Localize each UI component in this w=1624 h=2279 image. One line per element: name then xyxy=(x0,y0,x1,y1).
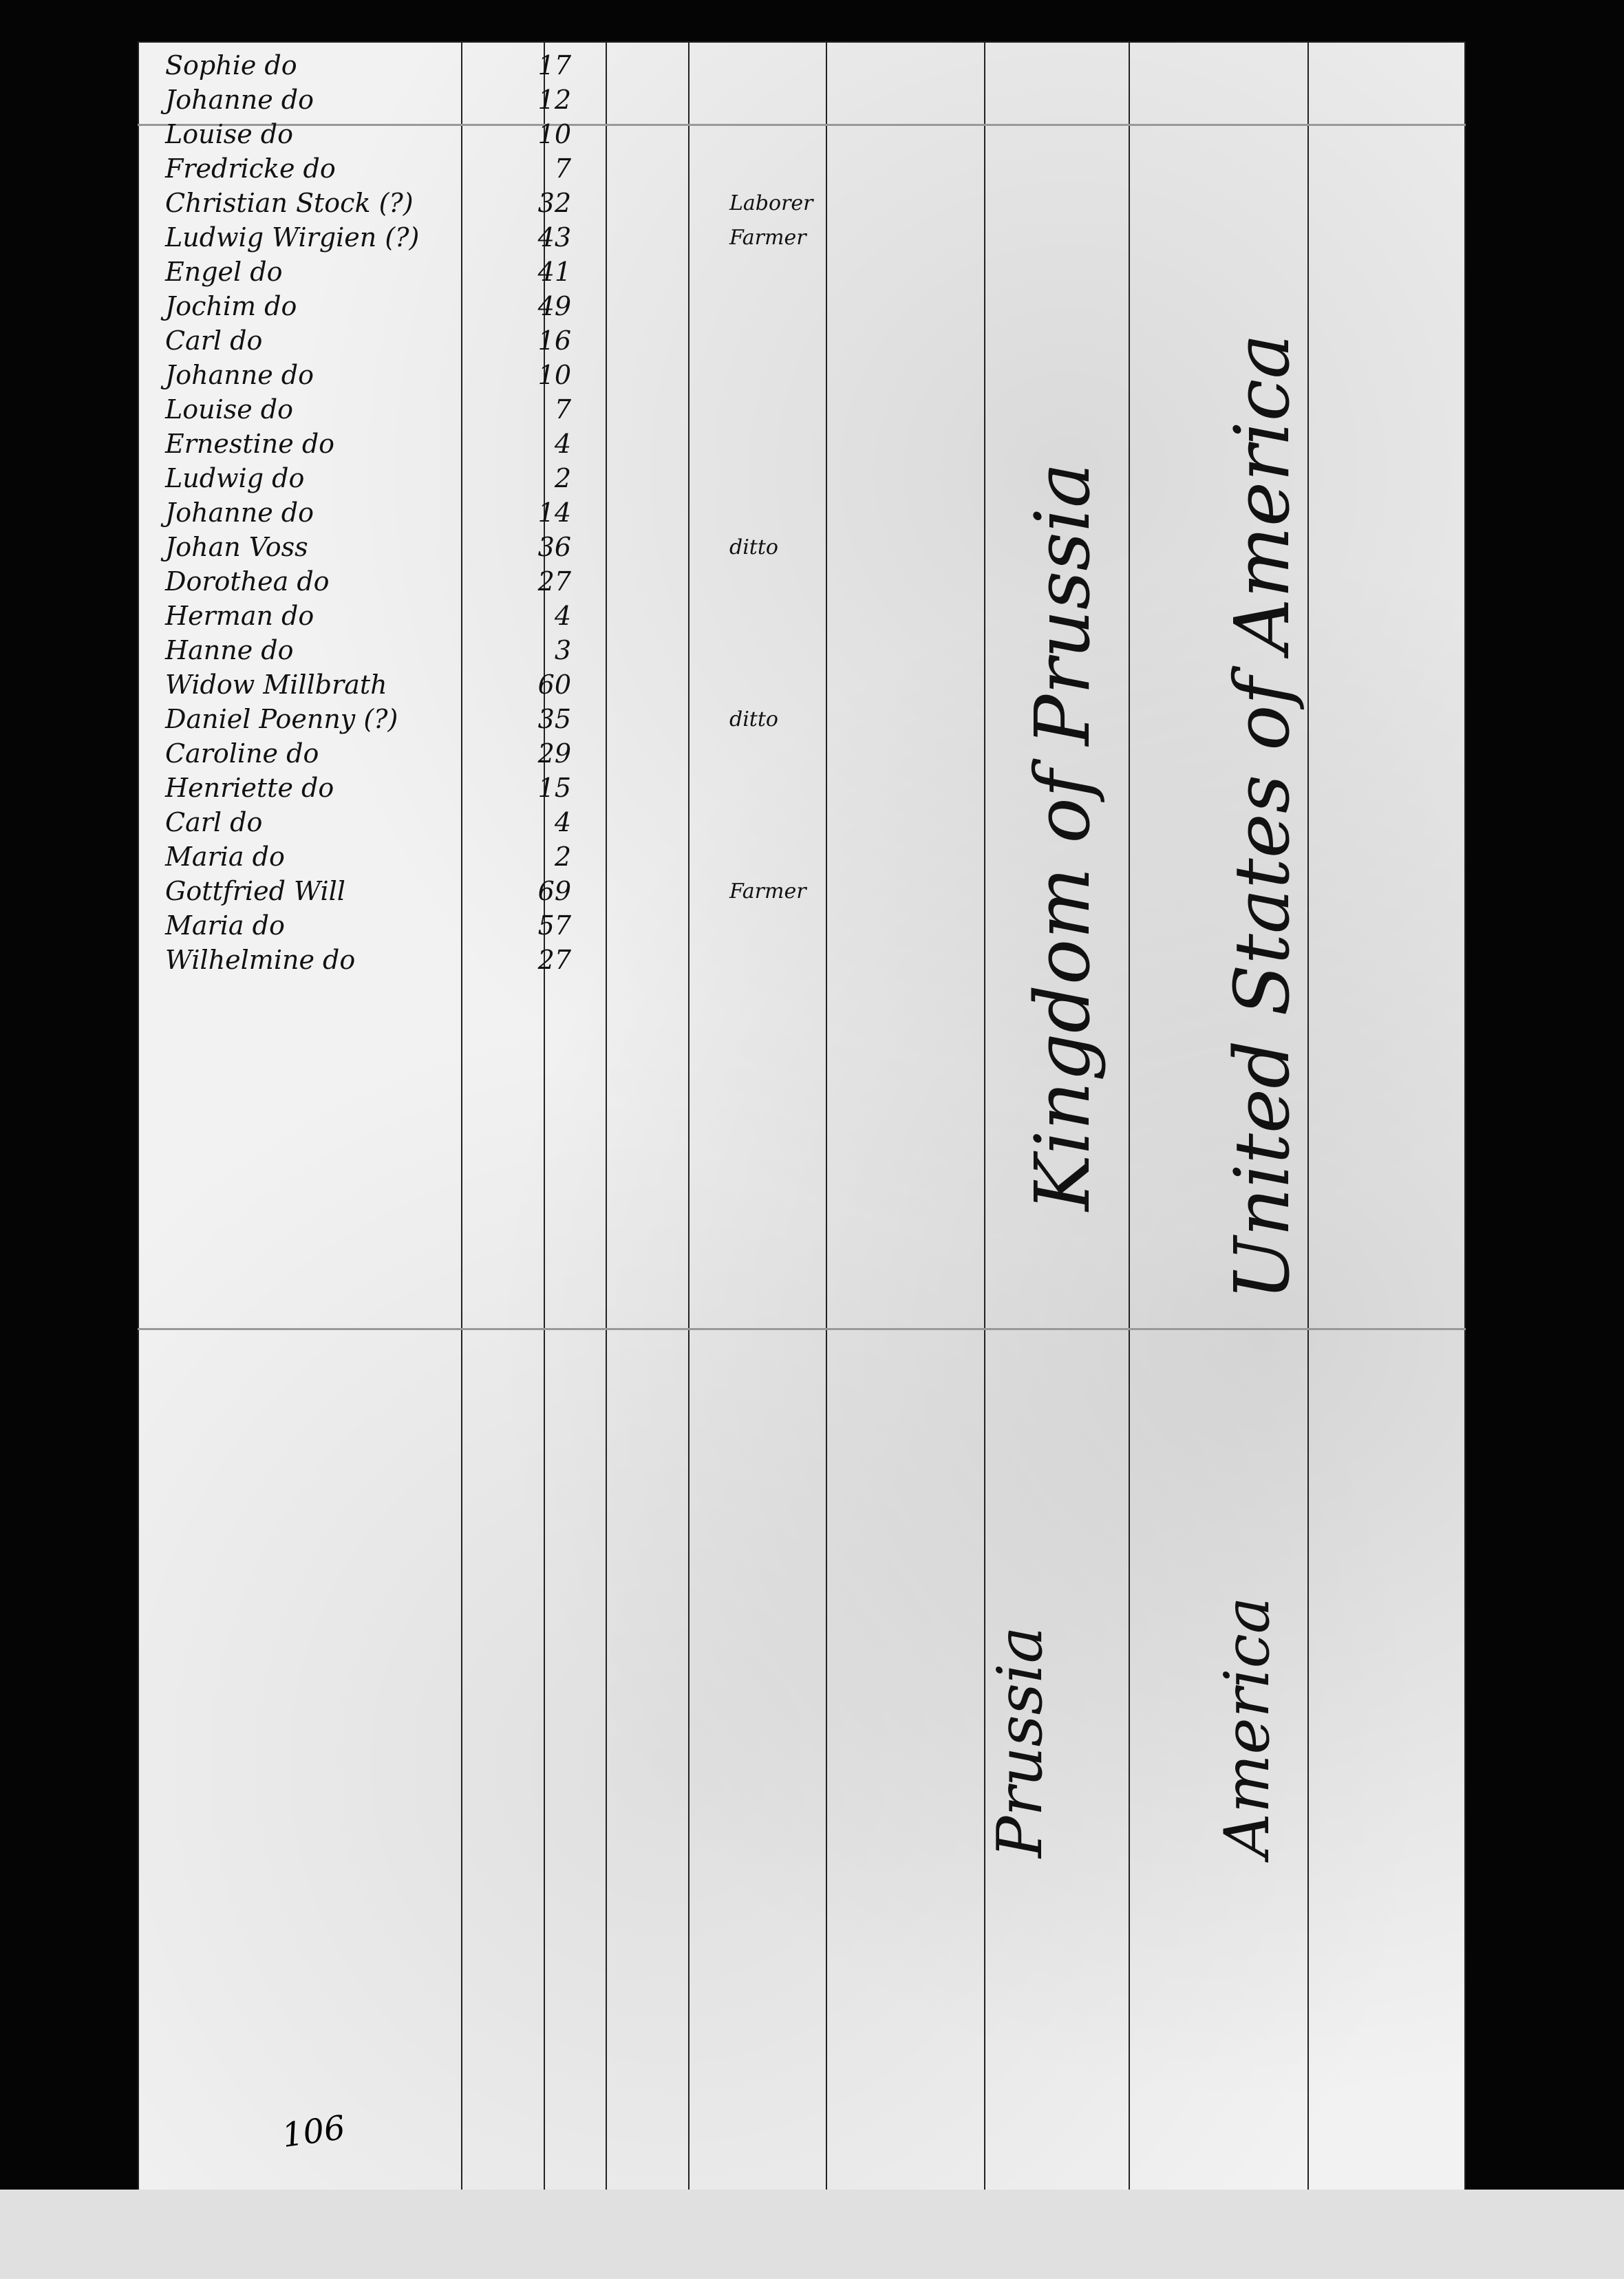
passenger-age: 7 xyxy=(495,153,571,184)
passenger-row: Herman do4 xyxy=(165,599,853,633)
column-rule-destination xyxy=(1129,41,1130,2195)
passenger-row: Dorothea do27 xyxy=(165,564,853,599)
passenger-age: 15 xyxy=(495,773,571,803)
passenger-age: 27 xyxy=(495,566,571,597)
passenger-name: Johan Voss xyxy=(165,532,495,562)
passenger-name: Ernestine do xyxy=(165,429,495,459)
passenger-name: Jochim do xyxy=(165,291,495,321)
passenger-name: Christian Stock (?) xyxy=(165,188,495,218)
passenger-age: 60 xyxy=(495,670,571,700)
passenger-name: Wilhelmine do xyxy=(165,945,495,975)
passenger-name: Johanne do xyxy=(165,360,495,390)
passenger-row: Christian Stock (?)32Laborer xyxy=(165,186,853,220)
passenger-name: Gottfried Will xyxy=(165,876,495,906)
origin-label-upper: Kingdom of Prussia xyxy=(1018,462,1107,1211)
passenger-row: Hanne do3 xyxy=(165,633,853,667)
passenger-row: Wilhelmine do27 xyxy=(165,943,853,977)
passenger-occupation: ditto xyxy=(729,707,778,731)
destination-label-lower: America xyxy=(1211,1597,1283,1858)
passenger-row: Engel do41 xyxy=(165,255,853,289)
passenger-name: Engel do xyxy=(165,257,495,287)
passenger-name: Hanne do xyxy=(165,635,495,665)
passenger-age: 12 xyxy=(495,85,571,115)
passenger-row: Caroline do29 xyxy=(165,736,853,771)
passenger-name: Johanne do xyxy=(165,85,495,115)
passenger-row: Sophie do17 xyxy=(165,48,853,83)
passenger-name: Carl do xyxy=(165,325,495,356)
passenger-row: Johanne do10 xyxy=(165,358,853,392)
passenger-age: 4 xyxy=(495,807,571,837)
passenger-row: Carl do4 xyxy=(165,805,853,839)
passenger-age: 36 xyxy=(495,532,571,562)
passenger-age: 16 xyxy=(495,325,571,356)
passenger-age: 2 xyxy=(495,463,571,493)
passenger-age: 27 xyxy=(495,945,571,975)
passenger-row: Louise do7 xyxy=(165,392,853,427)
passenger-age: 10 xyxy=(495,360,571,390)
passenger-row: Jochim do49 xyxy=(165,289,853,323)
passenger-age: 10 xyxy=(495,119,571,149)
passenger-name: Ludwig Wirgien (?) xyxy=(165,222,495,253)
passenger-row: Louise do10 xyxy=(165,117,853,151)
passenger-age: 2 xyxy=(495,842,571,872)
passenger-age: 41 xyxy=(495,257,571,287)
passenger-row: Maria do2 xyxy=(165,839,853,874)
column-rule-origin-2 xyxy=(984,41,985,2195)
passenger-age: 17 xyxy=(495,50,571,81)
passenger-row: Ludwig Wirgien (?)43Farmer xyxy=(165,220,853,255)
passenger-row: Widow Millbrath60 xyxy=(165,667,853,702)
passenger-age: 32 xyxy=(495,188,571,218)
passenger-age: 14 xyxy=(495,497,571,528)
passenger-name: Maria do xyxy=(165,842,495,872)
passenger-age: 69 xyxy=(495,876,571,906)
passenger-age: 4 xyxy=(495,601,571,631)
column-rule-destination-2 xyxy=(1307,41,1309,2195)
passenger-name: Maria do xyxy=(165,910,495,941)
passenger-name: Louise do xyxy=(165,394,495,425)
passenger-row: Maria do57 xyxy=(165,908,853,943)
passenger-row: Fredricke do7 xyxy=(165,151,853,186)
passenger-rows: Sophie do17Johanne do12Louise do10Fredri… xyxy=(165,48,853,977)
passenger-name: Johanne do xyxy=(165,497,495,528)
passenger-age: 7 xyxy=(495,394,571,425)
passenger-occupation: Laborer xyxy=(729,191,813,215)
passenger-row: Carl do16 xyxy=(165,323,853,358)
passenger-occupation: Farmer xyxy=(729,879,806,903)
passenger-name: Dorothea do xyxy=(165,566,495,597)
passenger-age: 4 xyxy=(495,429,571,459)
destination-label-upper: United States of America xyxy=(1218,334,1306,1301)
passenger-row: Johanne do12 xyxy=(165,83,853,117)
passenger-name: Herman do xyxy=(165,601,495,631)
passenger-age: 29 xyxy=(495,738,571,769)
passenger-row: Ernestine do4 xyxy=(165,427,853,461)
passenger-name: Ludwig do xyxy=(165,463,495,493)
passenger-name: Fredricke do xyxy=(165,153,495,184)
passenger-age: 3 xyxy=(495,635,571,665)
passenger-row: Gottfried Will69Farmer xyxy=(165,874,853,908)
passenger-name: Daniel Poenny (?) xyxy=(165,704,495,734)
passenger-row: Johan Voss36ditto xyxy=(165,530,853,564)
passenger-name: Henriette do xyxy=(165,773,495,803)
passenger-age: 35 xyxy=(495,704,571,734)
paper-fold xyxy=(138,1328,1466,1330)
passenger-occupation: Farmer xyxy=(729,226,806,250)
passenger-name: Carl do xyxy=(165,807,495,837)
passenger-list-page: Sophie do17Johanne do12Louise do10Fredri… xyxy=(138,41,1466,2195)
passenger-row: Daniel Poenny (?)35ditto xyxy=(165,702,853,736)
passenger-occupation: ditto xyxy=(729,535,778,559)
passenger-name: Caroline do xyxy=(165,738,495,769)
passenger-name: Widow Millbrath xyxy=(165,670,495,700)
scan-bottom-strip xyxy=(0,2190,1624,2279)
passenger-name: Sophie do xyxy=(165,50,495,81)
passenger-row: Ludwig do2 xyxy=(165,461,853,495)
passenger-row: Johanne do14 xyxy=(165,495,853,530)
passenger-age: 49 xyxy=(495,291,571,321)
passenger-age: 43 xyxy=(495,222,571,253)
passenger-age: 57 xyxy=(495,910,571,941)
passenger-row: Henriette do15 xyxy=(165,771,853,805)
passenger-name: Louise do xyxy=(165,119,495,149)
origin-label-lower: Prussia xyxy=(984,1627,1056,1858)
